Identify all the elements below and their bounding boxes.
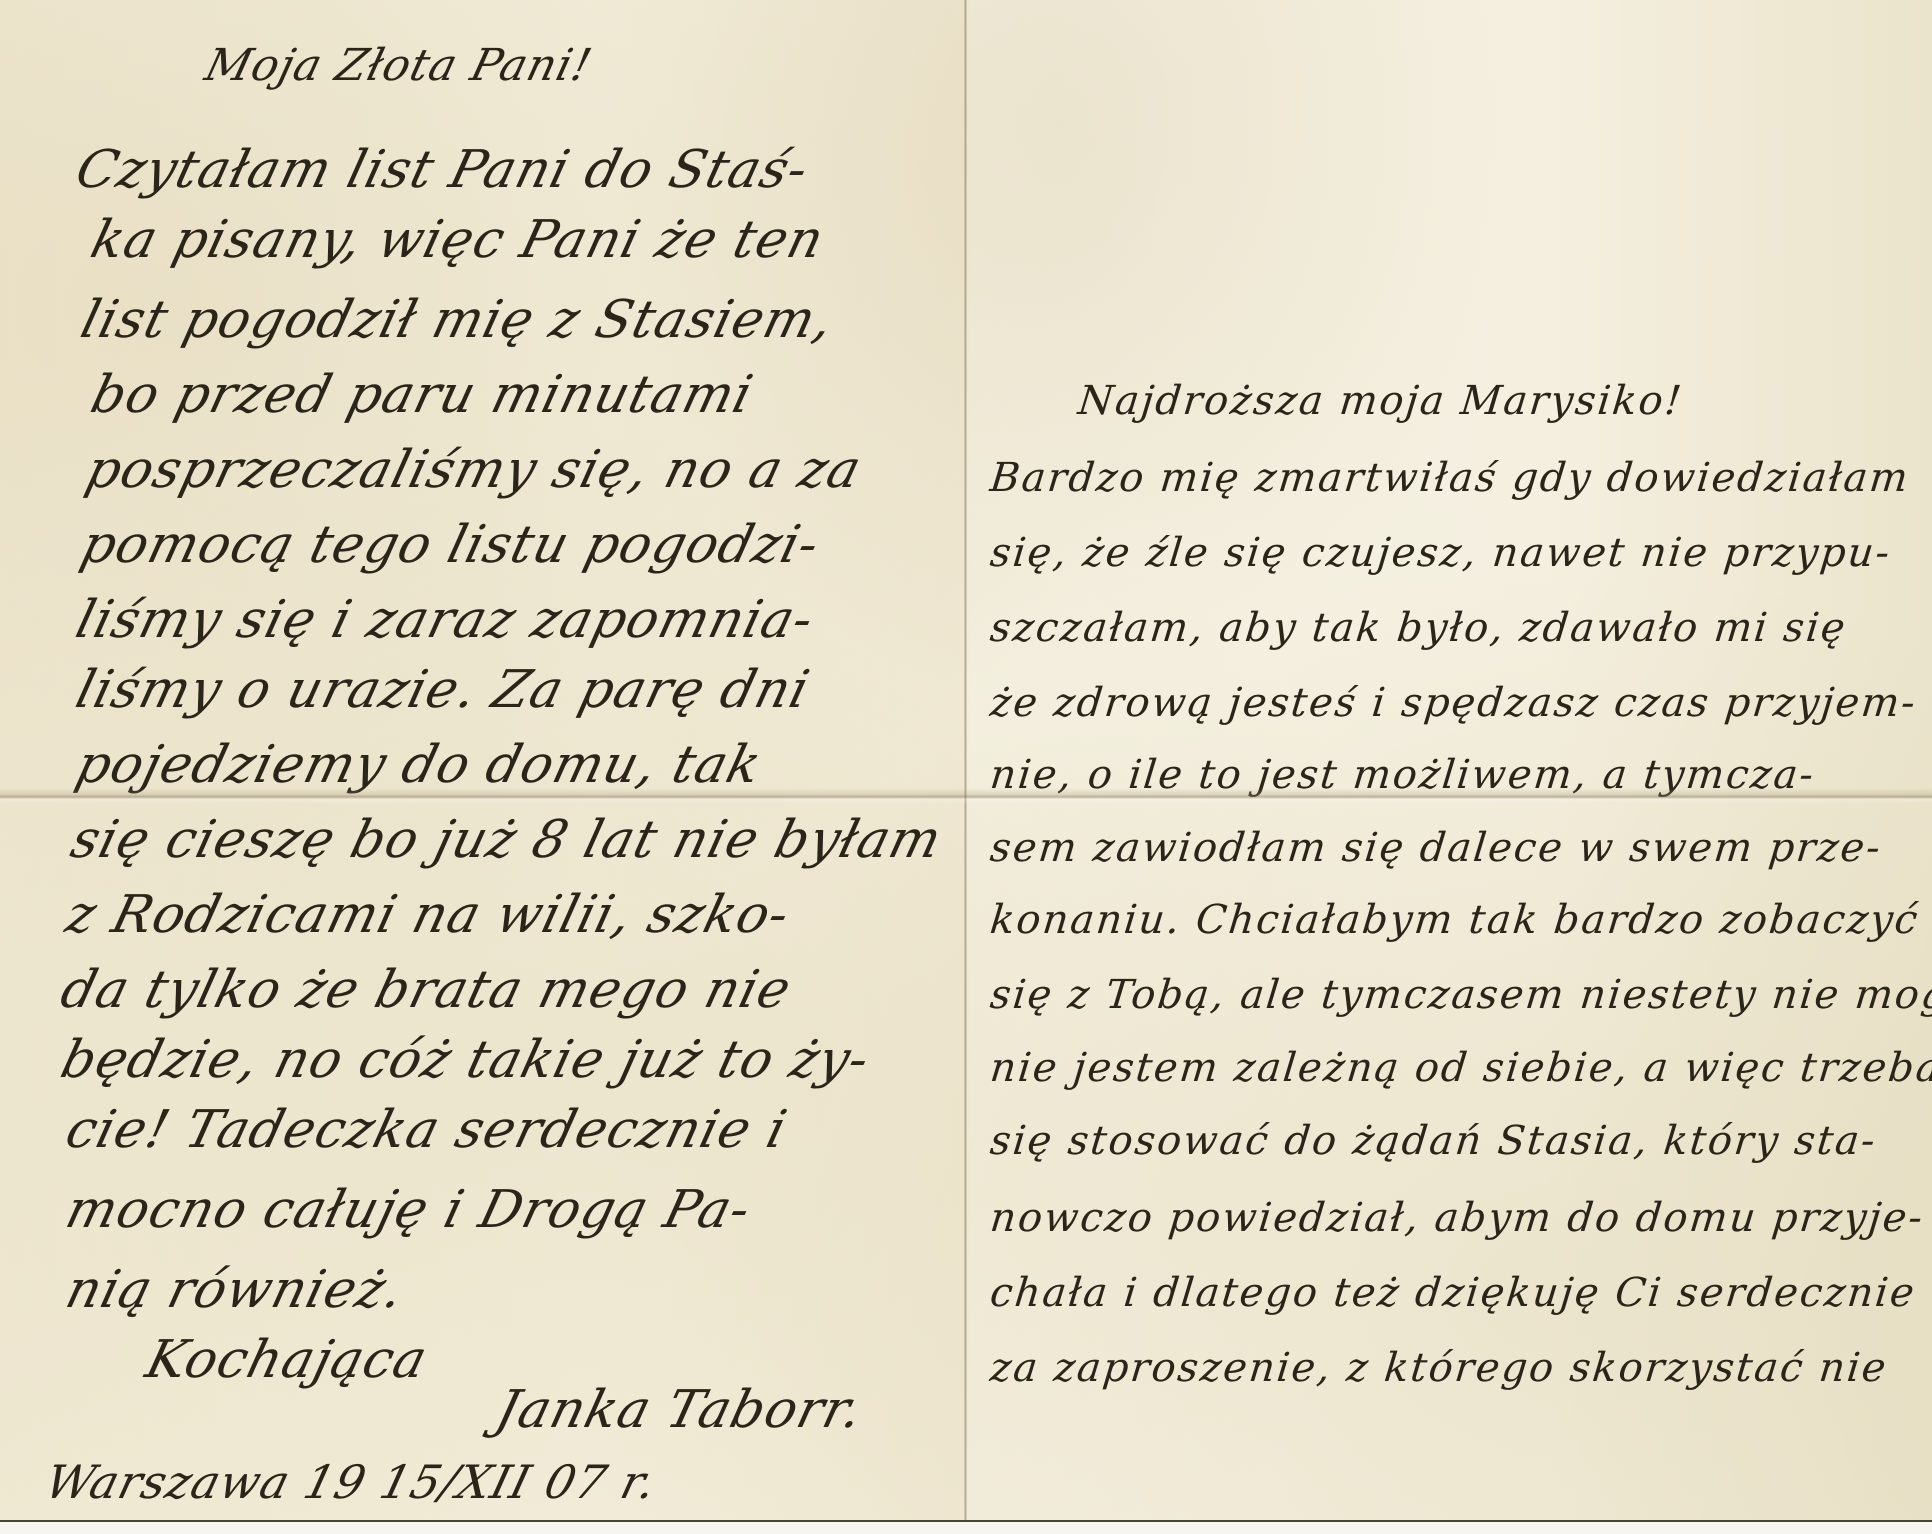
left-line-4: bo przed paru minutami [85,365,759,425]
left-line-8: liśmy o urazie. Za parę dni [70,660,816,720]
left-line-13: będzie, no cóż takie już to ży- [55,1030,876,1090]
right-page: Najdroższa moja Marysiko! Bardzo mię zma… [966,0,1932,1520]
left-line-16: nią również. [60,1260,410,1320]
left-line-11: z Rodzicami na wilii, szko- [60,885,796,945]
right-line-7: konaniu. Chciałabym tak bardzo zobaczyć [988,897,1922,943]
left-line-10: się cieszę bo już 8 lat nie byłam [65,810,948,870]
right-line-1: Bardzo mię zmartwiłaś gdy dowiedziałam [988,455,1912,501]
left-line-7: liśmy się i zaraz zapomnia- [70,590,820,650]
right-line-12: chała i dlatego też dziękuję Ci serdeczn… [988,1270,1918,1316]
left-line-9: pojedziemy do domu, tak [70,735,768,795]
letter-sheet: Moja Złota Pani! Czytałam list Pani do S… [0,0,1932,1522]
left-page: Moja Złota Pani! Czytałam list Pani do S… [0,0,964,1520]
left-line-5: posprzeczaliśmy się, no a za [80,440,868,500]
right-line-10: się stosować do żądań Stasia, który sta- [988,1118,1879,1164]
right-line-8: się z Tobą, ale tymczasem niestety nie m… [988,972,1932,1018]
right-line-4: że zdrową jesteś i spędzasz czas przyjem… [988,680,1919,726]
left-line-14: cie! Tadeczka serdecznie i [60,1100,793,1160]
right-line-6: sem zawiodłam się dalece w swem prze- [988,825,1884,871]
signature: Janka Taborr. [490,1380,869,1440]
closing: Kochająca [140,1330,434,1390]
left-line-12: da tylko że brata mego nie [55,960,797,1020]
left-greeting: Moja Złota Pani! [200,40,597,91]
left-line-15: mocno całuję i Drogą Pa- [60,1180,757,1240]
left-line-6: pomocą tego listu pogodzi- [75,515,826,575]
right-greeting: Najdroższa moja Marysiko! [1076,378,1685,424]
vertical-fold [964,0,967,1520]
right-line-9: nie jestem zależną od siebie, a więc trz… [988,1045,1932,1091]
right-line-3: szczałam, aby tak było, zdawało mi się [988,605,1849,651]
horizontal-fold [0,788,1932,804]
right-line-11: nowczo powiedział, abym do domu przyje- [988,1195,1926,1241]
place-date: Warszawa 19 15/XII 07 r. [40,1455,662,1509]
left-line-2: ka pisany, więc Pani że ten [85,210,830,270]
right-line-2: się, że źle się czujesz, nawet nie przyp… [988,530,1894,576]
left-line-3: list pogodził mię z Stasiem, [75,290,840,350]
right-line-13: za zaproszenie, z którego skorzystać nie [988,1345,1890,1391]
left-line-1: Czytałam list Pani do Staś- [70,140,815,200]
